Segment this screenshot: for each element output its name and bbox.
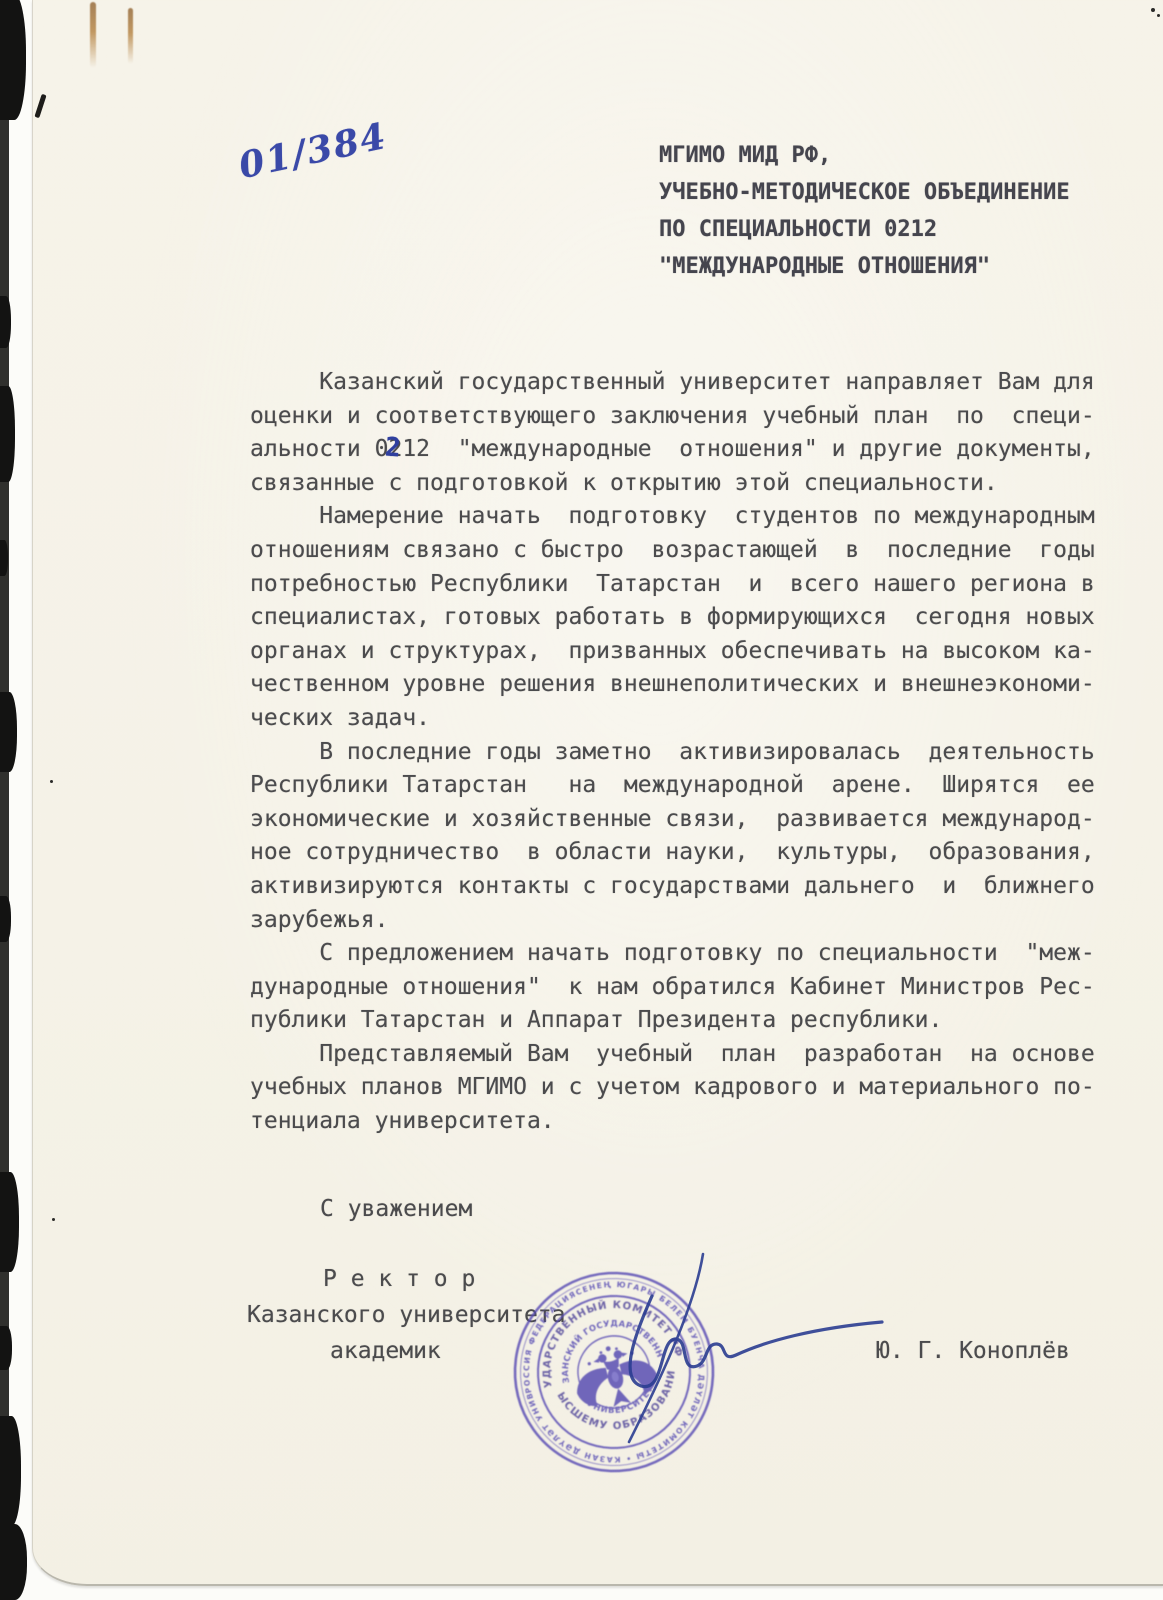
- typed-line: дународные отношения" к нам обратился Ка…: [250, 971, 1095, 1005]
- recipient-line: МГИМО МИД РФ,: [659, 137, 1070, 174]
- recipient-line: УЧЕБНО-МЕТОДИЧЕСКОЕ ОБЪЕДИНЕНИЕ: [659, 174, 1070, 211]
- scan-artifact: [0, 540, 8, 576]
- typed-line: Намерение начать подготовку студентов по…: [250, 500, 1095, 534]
- closing-salutation: С уважением: [320, 1196, 472, 1222]
- typed-line: публики Татарстан и Аппарат Президента р…: [250, 1004, 1095, 1038]
- scan-speck: [50, 780, 53, 783]
- typed-line: Представляемый Вам учебный план разработ…: [250, 1038, 1095, 1072]
- typed-line: оценки и соответствующего заключения уче…: [250, 400, 1095, 434]
- scan-artifact: [0, 896, 11, 942]
- scan-artifact: [0, 692, 17, 772]
- scan-artifact: [0, 0, 26, 120]
- pen-correction-digit: 2: [384, 432, 402, 463]
- typed-line: специалистах, готовых работать в формиру…: [250, 601, 1095, 635]
- typed-line: тенциала университета.: [250, 1105, 1095, 1139]
- typed-line: органах и структурах, призванных обеспеч…: [250, 635, 1095, 669]
- typed-line: альности 0212 "международные отношения" …: [250, 433, 1095, 467]
- scan-artifact: [0, 1326, 12, 1370]
- scan-speck: [1151, 8, 1155, 12]
- letter-body: Казанский государственный университет на…: [250, 366, 1095, 1139]
- scan-speck: [52, 1218, 55, 1221]
- recipient-block: МГИМО МИД РФ,УЧЕБНО-МЕТОДИЧЕСКОЕ ОБЪЕДИН…: [659, 137, 1070, 285]
- typed-line: учебных планов МГИМО и с учетом кадровог…: [250, 1071, 1095, 1105]
- scan-artifact: [0, 1172, 19, 1272]
- typed-line: В последние годы заметно активизировалас…: [250, 736, 1095, 770]
- typed-line: ное сотрудничество в области науки, куль…: [250, 836, 1095, 870]
- scan-artifact: [0, 386, 15, 482]
- typed-line: потребностью Республики Татарстан и всег…: [250, 568, 1095, 602]
- typed-line: отношениям связано с быстро возрастающей…: [250, 534, 1095, 568]
- typed-line: зарубежья.: [250, 904, 1095, 938]
- signature-ink: [552, 1238, 912, 1453]
- typed-line: связанные с подготовкой к открытию этой …: [250, 467, 1095, 501]
- typed-line: чественном уровне решения внешнеполитиче…: [250, 668, 1095, 702]
- recipient-line: ПО СПЕЦИАЛЬНОСТИ 0212: [659, 211, 1070, 248]
- typed-line: Республики Татарстан на международной ар…: [250, 769, 1095, 803]
- typed-line: С предложением начать подготовку по спец…: [250, 937, 1095, 971]
- typed-line: экономические и хозяйственные связи, раз…: [250, 803, 1095, 837]
- scanned-letter: 01/384 МГИМО МИД РФ,УЧЕБНО-МЕТОДИЧЕСКОЕ …: [0, 0, 1163, 1600]
- scan-artifact: [0, 1524, 27, 1600]
- typed-line: активизируются контакты с государствами …: [250, 870, 1095, 904]
- signer-title-rector: Р е к т о р: [323, 1266, 475, 1292]
- signer-title-academician: академик: [330, 1338, 441, 1364]
- typed-line: ческих задач.: [250, 702, 1095, 736]
- scan-speck: [1157, 14, 1160, 17]
- scan-artifact: [0, 296, 11, 348]
- rust-stain: [128, 8, 133, 64]
- typed-line: Казанский государственный университет на…: [250, 366, 1095, 400]
- rust-stain: [90, 2, 96, 68]
- scan-artifact: [0, 1416, 21, 1526]
- recipient-line: "МЕЖДУНАРОДНЫЕ ОТНОШЕНИЯ": [659, 248, 1070, 285]
